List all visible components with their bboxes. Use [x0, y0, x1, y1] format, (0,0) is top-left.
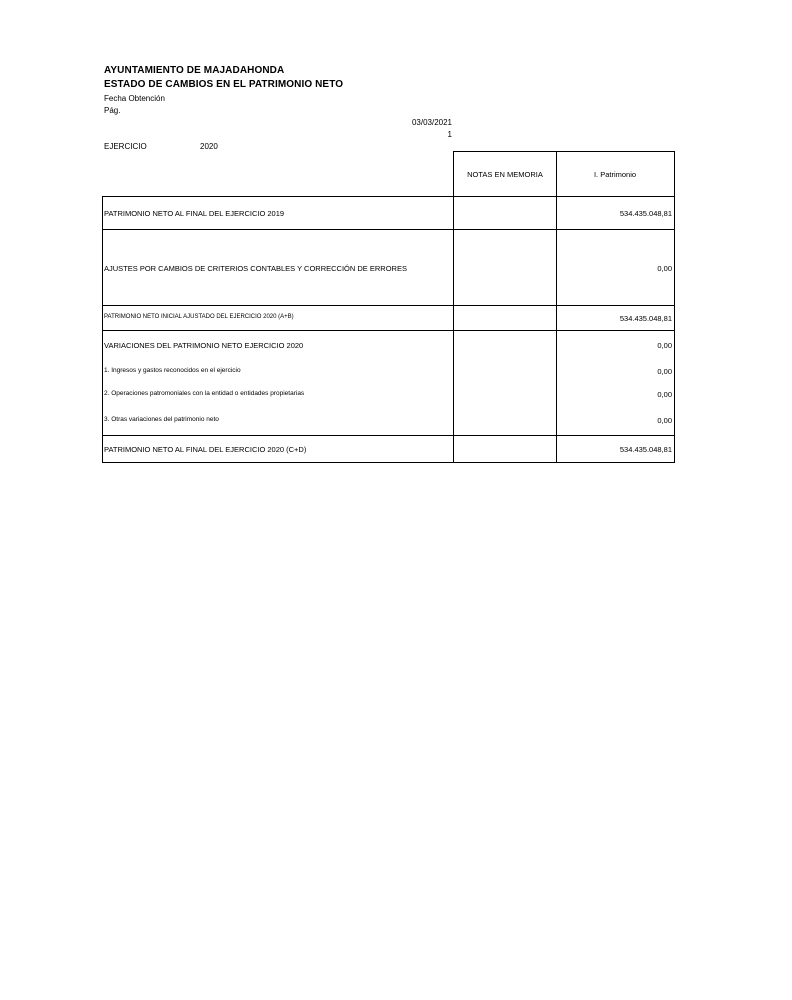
row-value: 534.435.048,81	[620, 445, 672, 454]
row-divider	[102, 435, 675, 436]
row-value: 534.435.048,81	[620, 314, 672, 323]
column-divider-notas	[453, 151, 454, 463]
fecha-value: 03/03/2021	[412, 118, 452, 127]
row-divider	[102, 305, 675, 306]
row-value: 0,00	[657, 341, 672, 350]
fecha-label: Fecha Obtención	[104, 94, 165, 103]
row-label: AJUSTES POR CAMBIOS DE CRITERIOS CONTABL…	[104, 264, 407, 273]
row-label: VARIACIONES DEL PATRIMONIO NETO EJERCICI…	[104, 341, 303, 350]
pag-label: Pág.	[104, 106, 120, 115]
pag-value: 1	[448, 130, 452, 139]
row-value: 0,00	[657, 416, 672, 425]
row-label: 2. Operaciones patromoniales con la enti…	[104, 390, 304, 397]
ejercicio-label: EJERCICIO	[104, 142, 147, 151]
ejercicio-value: 2020	[200, 142, 218, 151]
row-divider	[102, 196, 675, 197]
row-value: 0,00	[657, 390, 672, 399]
report-title: ESTADO DE CAMBIOS EN EL PATRIMONIO NETO	[104, 79, 343, 90]
row-label: 1. Ingresos y gastos reconocidos en el e…	[104, 367, 241, 374]
entity-name: AYUNTAMIENTO DE MAJADAHONDA	[104, 65, 284, 76]
row-label: PATRIMONIO NETO INICIAL AJUSTADO DEL EJE…	[104, 314, 294, 320]
column-header-notas: NOTAS EN MEMORIA	[453, 170, 557, 179]
row-value: 0,00	[657, 367, 672, 376]
column-divider-patrimonio	[556, 151, 557, 463]
row-divider	[102, 229, 675, 230]
row-value: 0,00	[657, 264, 672, 273]
table-right-border	[674, 151, 675, 463]
row-label: PATRIMONIO NETO AL FINAL DEL EJERCICIO 2…	[104, 445, 306, 454]
row-label: PATRIMONIO NETO AL FINAL DEL EJERCICIO 2…	[104, 209, 284, 218]
row-label: 3. Otras variaciones del patrimonio neto	[104, 416, 219, 423]
row-value: 534.435.048,81	[620, 209, 672, 218]
table-bottom-border	[102, 462, 675, 463]
column-header-patrimonio: I. Patrimonio	[556, 170, 674, 179]
row-divider	[102, 330, 675, 331]
table-top-border	[453, 151, 675, 152]
